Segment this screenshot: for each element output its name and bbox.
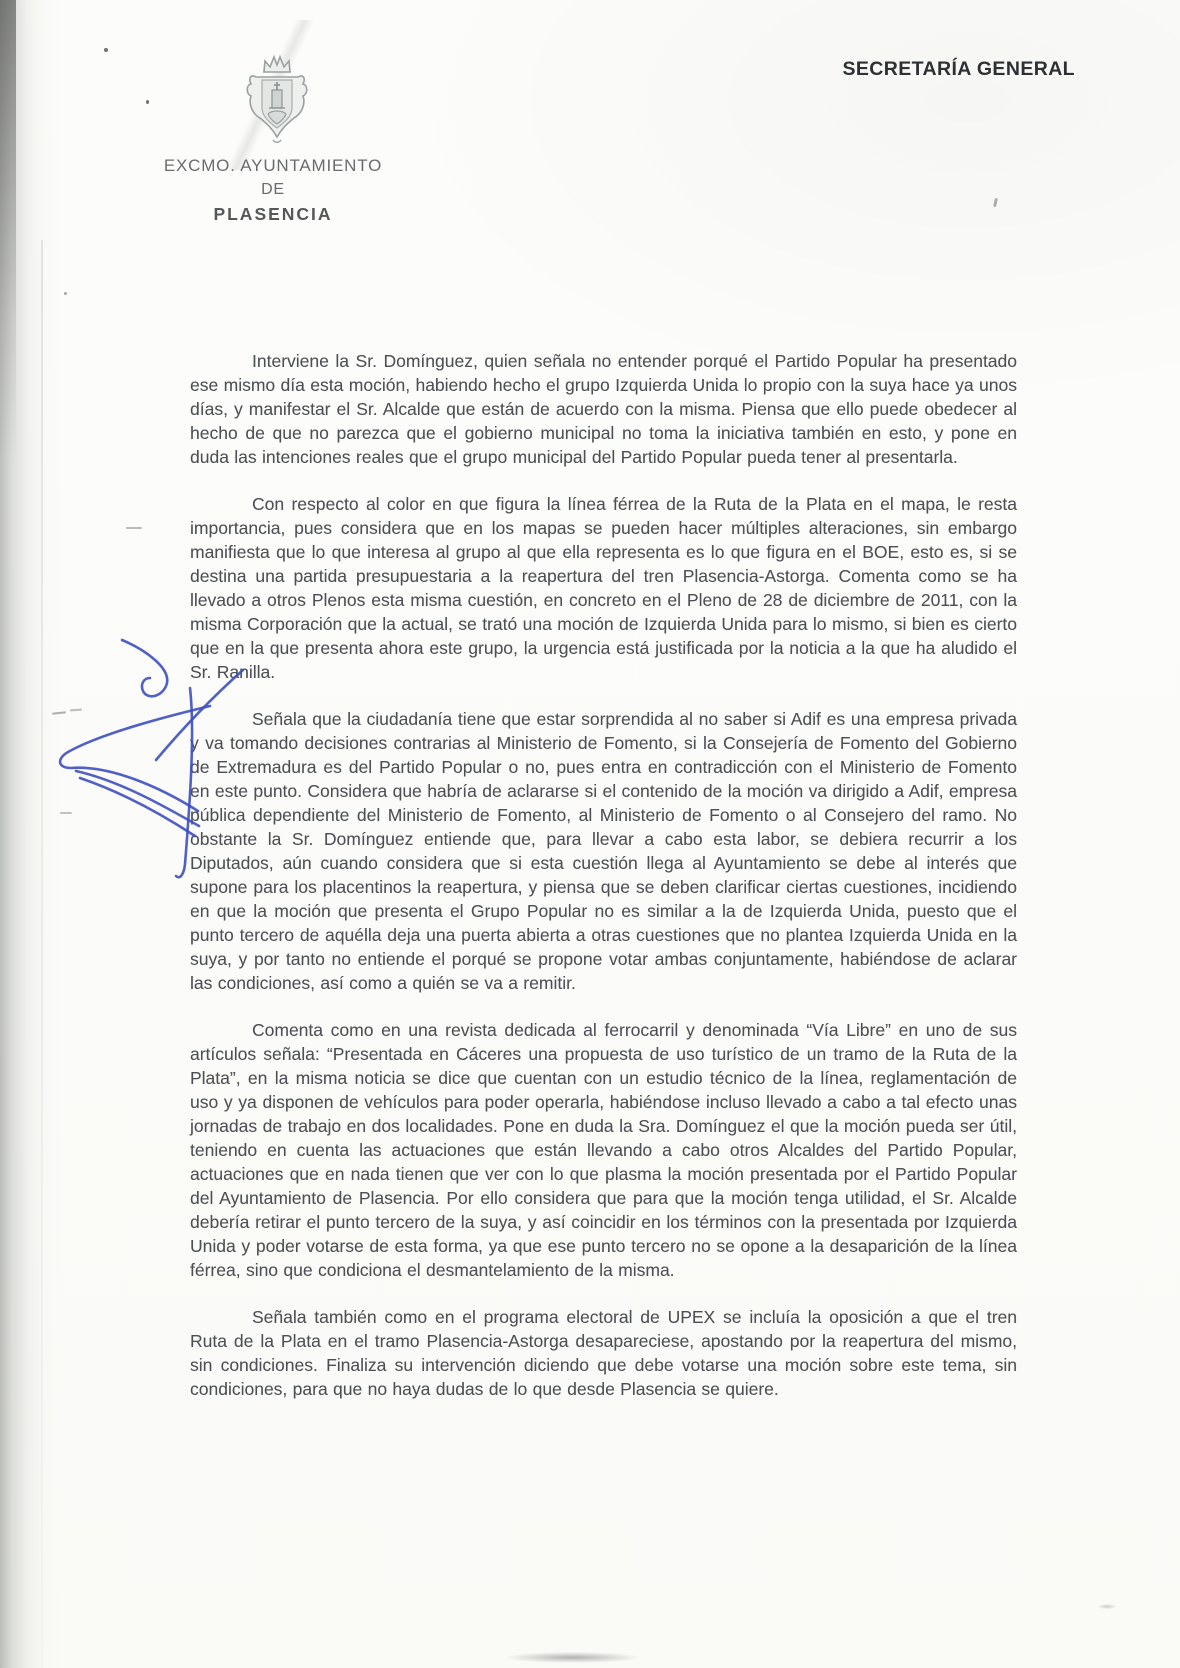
organization-block: EXCMO. AYUNTAMIENTO DE PLASENCIA <box>142 156 404 225</box>
paragraph-2: Con respecto al color en que figura la l… <box>190 492 1017 684</box>
document-body: Interviene la Sr. Domínguez, quien señal… <box>190 349 1017 1401</box>
plasencia-coat-of-arms-icon <box>236 50 318 154</box>
scan-right-smudge <box>1098 1604 1116 1609</box>
secretaria-general-heading: SECRETARÍA GENERAL <box>680 58 1075 81</box>
scan-speck <box>993 198 998 207</box>
organization-name-line1: EXCMO. AYUNTAMIENTO <box>142 156 404 176</box>
paragraph-5: Señala también como en el programa elect… <box>190 1305 1017 1401</box>
scanned-document-page: EXCMO. AYUNTAMIENTO DE PLASENCIA SECRETA… <box>0 0 1180 1668</box>
blue-pen-scribble <box>38 612 273 897</box>
scan-left-edge-dark-corner <box>0 0 16 460</box>
paragraph-1: Interviene la Sr. Domínguez, quien señal… <box>190 349 1017 469</box>
organization-name-line2: DE <box>142 181 404 199</box>
scan-margin-dash <box>126 527 142 529</box>
scan-speck <box>146 100 149 104</box>
scan-speck <box>104 48 108 52</box>
scan-vertical-crease <box>41 240 43 1668</box>
paragraph-3: Señala que la ciudadanía tiene que estar… <box>190 707 1017 995</box>
scan-bottom-smudge <box>505 1652 640 1663</box>
scan-speck <box>64 292 67 295</box>
organization-name-line3: PLASENCIA <box>142 204 404 225</box>
paragraph-4: Comenta como en una revista dedicada al … <box>190 1018 1017 1282</box>
